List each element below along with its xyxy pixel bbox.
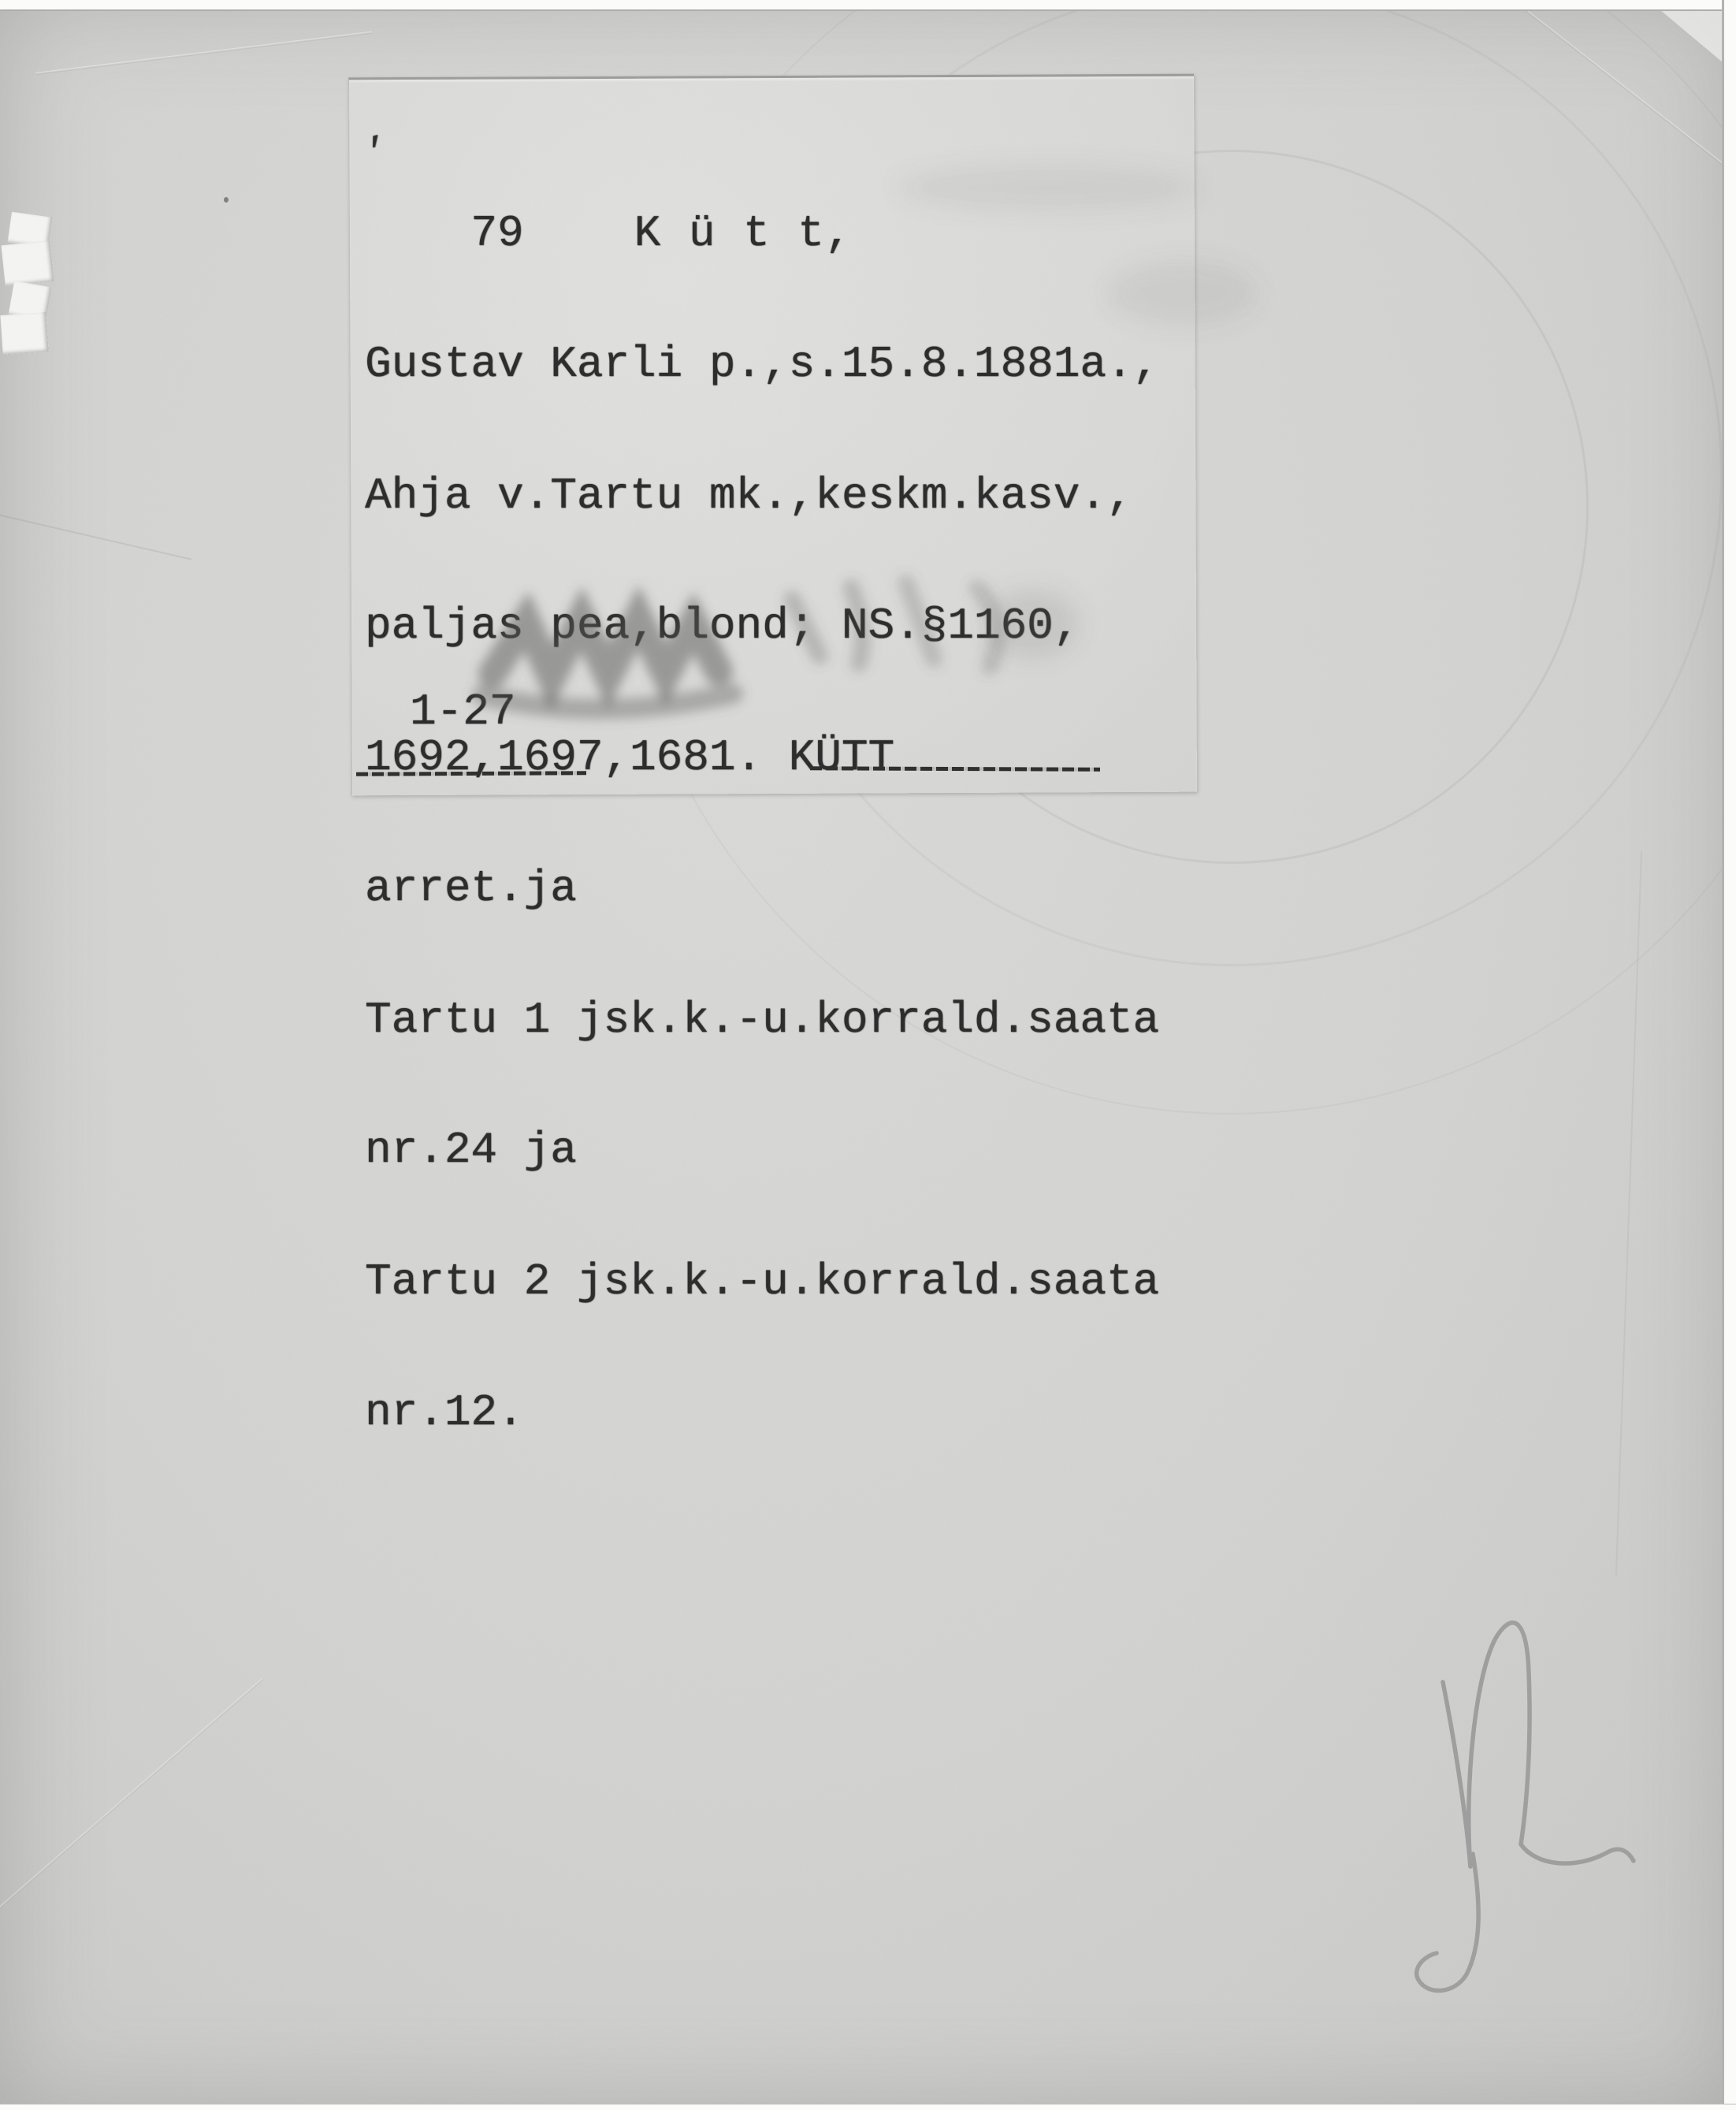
typed-line: Gustav Karli p.,s.15.8.1881a., bbox=[365, 343, 1159, 386]
torn-edge bbox=[1, 240, 54, 286]
typed-line: paljas pea,blond; NS.§1160, bbox=[365, 605, 1159, 648]
scan-margin-top bbox=[0, 0, 1736, 11]
scan-margin-right bbox=[1722, 0, 1736, 2110]
index-number: 79 bbox=[470, 208, 523, 259]
scan-margin-bottom bbox=[0, 2104, 1736, 2110]
torn-edge bbox=[0, 312, 48, 355]
surname-header: K ü t t, bbox=[634, 208, 853, 259]
scanned-archive-card: { "card": { "stray_mark": "\u2019", "ind… bbox=[0, 0, 1736, 2110]
ink-speck bbox=[224, 197, 229, 203]
file-code: 1-27 bbox=[410, 690, 515, 734]
typed-body: Gustav Karli p.,s.15.8.1881a., Ahja v.Ta… bbox=[365, 255, 1159, 1522]
paper-crease bbox=[0, 1678, 263, 1948]
folded-corner bbox=[1660, 9, 1727, 66]
typed-line: arret.ja bbox=[365, 867, 1159, 910]
typed-line: Ahja v.Tartu mk.,keskm.kasv., bbox=[365, 474, 1159, 518]
typed-line: nr.12. bbox=[365, 1391, 1159, 1435]
paper-crease bbox=[35, 32, 372, 75]
paper-crease bbox=[0, 511, 191, 560]
typed-line: nr.24 ja bbox=[365, 1129, 1159, 1172]
paper-sheet: ’ 79K ü t t, Gustav Karli p.,s.15.8.1881… bbox=[0, 0, 1736, 2110]
typed-line: Tartu 1 jsk.k.-u.korrald.saata bbox=[365, 999, 1159, 1042]
typed-line: Tartu 2 jsk.k.-u.korrald.saata bbox=[365, 1260, 1159, 1304]
